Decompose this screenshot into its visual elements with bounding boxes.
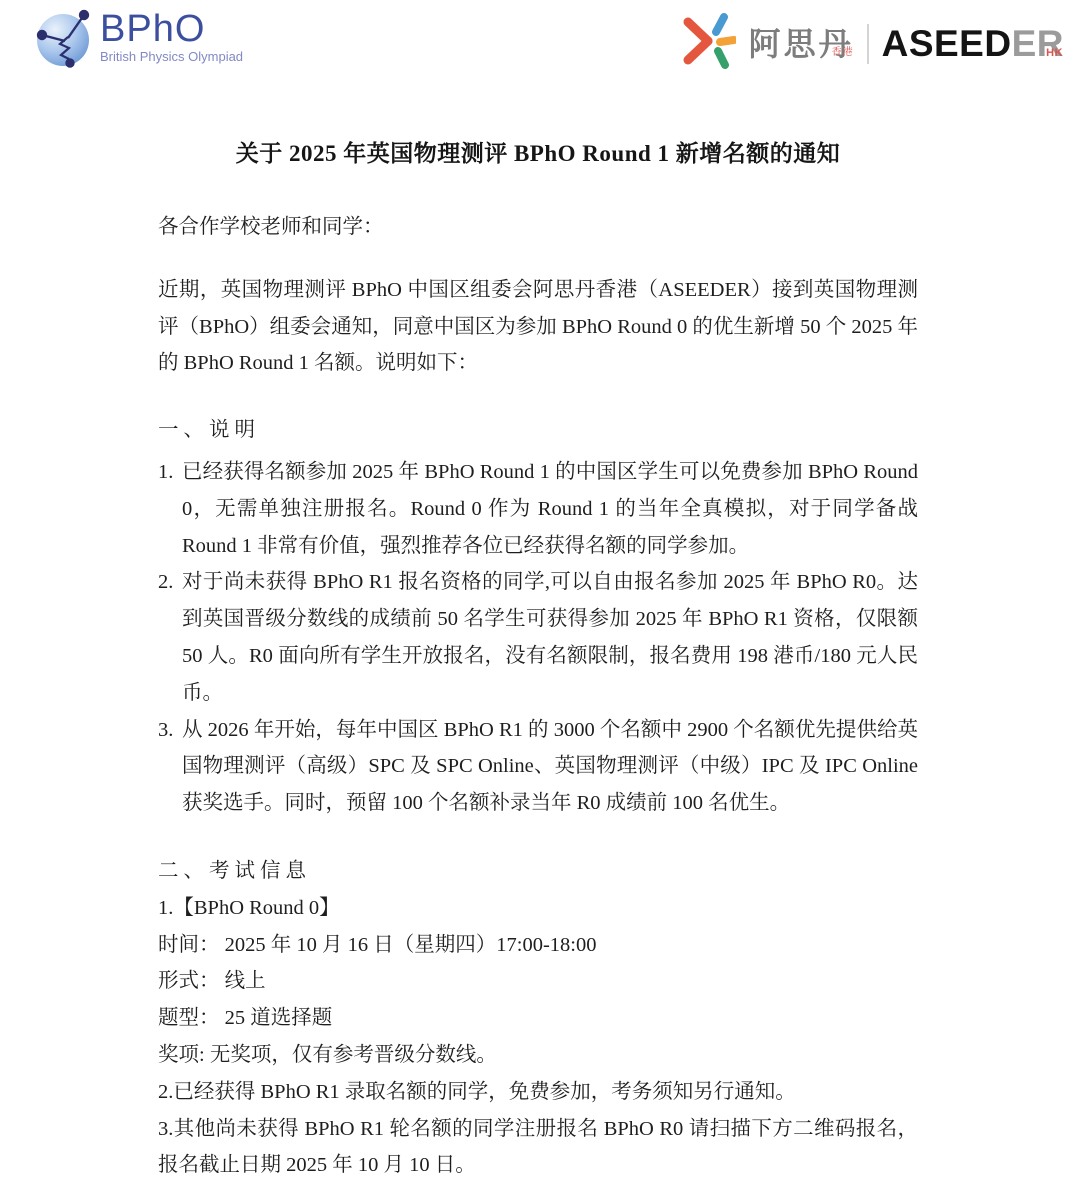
- item-text: 对于尚未获得 BPhO R1 报名资格的同学,可以自由报名参加 2025 年 B…: [182, 564, 918, 711]
- list-item: 1. 已经获得名额参加 2025 年 BPhO Round 1 的中国区学生可以…: [158, 454, 918, 564]
- exam-awards-line: 奖项: 无奖项，仅有参考晋级分数线。: [158, 1037, 918, 1074]
- notice-title: 关于 2025 年英国物理测评 BPhO Round 1 新增名额的通知: [158, 138, 918, 170]
- item-text: 从 2026 年开始，每年中国区 BPhO R1 的 3000 个名额中 290…: [182, 712, 918, 822]
- section-1-heading: 一、说明: [158, 412, 918, 449]
- salutation: 各合作学校老师和同学：: [158, 209, 918, 246]
- notice-document: 关于 2025 年英国物理测评 BPhO Round 1 新增名额的通知 各合作…: [158, 0, 918, 1184]
- exam-format-line: 形式： 线上: [158, 963, 918, 1000]
- list-item: 3. 从 2026 年开始，每年中国区 BPhO R1 的 3000 个名额中 …: [158, 712, 918, 822]
- section-1-notes-list: 1. 已经获得名额参加 2025 年 BPhO Round 1 的中国区学生可以…: [158, 454, 918, 822]
- exam-round-label: 1.【BPhO Round 0】: [158, 890, 918, 927]
- aseeder-hk-label: HK: [1046, 33, 1063, 73]
- exam-question-type-line: 题型： 25 道选择题: [158, 1000, 918, 1037]
- section-2-heading: 二、考试信息: [158, 853, 918, 890]
- exam-note-registration: 3.其他尚未获得 BPhO R1 轮名额的同学注册报名 BPhO R0 请扫描下…: [158, 1111, 918, 1185]
- item-number: 1.: [158, 454, 182, 564]
- intro-paragraph: 近期，英国物理测评 BPhO 中国区组委会阿思丹香港（ASEEDER）接到英国物…: [158, 272, 918, 382]
- section-2-exam-info: 1.【BPhO Round 0】 时间： 2025 年 10 月 16 日（星期…: [158, 890, 918, 1184]
- exam-note-free-entry: 2.已经获得 BPhO R1 录取名额的同学，免费参加，考务须知另行通知。: [158, 1074, 918, 1111]
- item-number: 2.: [158, 564, 182, 711]
- item-text: 已经获得名额参加 2025 年 BPhO Round 1 的中国区学生可以免费参…: [182, 454, 918, 564]
- bpho-atom-sphere-icon: [34, 6, 94, 73]
- item-number: 3.: [158, 712, 182, 822]
- list-item: 2. 对于尚未获得 BPhO R1 报名资格的同学,可以自由报名参加 2025 …: [158, 564, 918, 711]
- exam-time-line: 时间： 2025 年 10 月 16 日（星期四）17:00-18:00: [158, 927, 918, 964]
